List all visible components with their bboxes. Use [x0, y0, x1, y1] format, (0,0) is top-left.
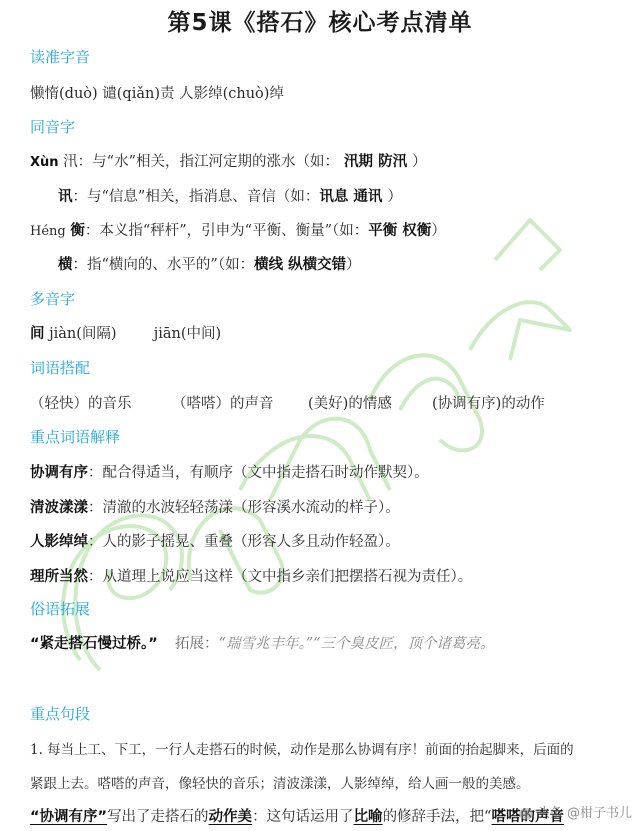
- key-word-item: 理所当然：从道理上说应当这样（文中指乡亲们把摆搭石视为责任）。: [30, 565, 472, 586]
- key-word-item: 协调有序：配合得适当，有顺序（文中指走搭石时动作默契）。: [30, 461, 429, 482]
- close-paren: ）: [412, 154, 427, 170]
- homophone-char: 汛: [63, 154, 78, 170]
- homophone-desc: 本义指“秤杆”，引申为“平衡、衡量”（如：: [99, 223, 368, 239]
- key-word-term: 协调有序: [30, 465, 88, 481]
- separator: ：: [73, 257, 88, 273]
- pinyin: Xùn: [30, 155, 59, 170]
- collocation-item: (美好)的情感: [308, 392, 392, 413]
- homophone-desc: 与“信息”相关，指消息、音信（如：: [87, 189, 319, 205]
- pinyin: Héng: [30, 224, 66, 239]
- separator: ：: [88, 465, 103, 481]
- homophone-item: 讯：与“信息”相关，指消息、音信（如：讯息 通讯 ）: [58, 185, 402, 206]
- key-word-definition: 清澈的水波轻轻荡漾（形容溪水流动的样子）。: [103, 500, 400, 516]
- homophone-item: 横：指“横向的、水平的”（如：横线 纵横交错）: [58, 253, 361, 274]
- analysis-quote: “协调有序”: [30, 809, 107, 825]
- pronunciation-line: 懒惰(duò) 谴(qiǎn)责 人影绰(chuò)绰: [30, 82, 284, 103]
- section-heading-homophones: 同音字: [30, 116, 75, 137]
- key-word-item: 清波漾漾：清澈的水波轻轻荡漾（形容溪水流动的样子）。: [30, 496, 400, 517]
- passage-line: 紧跟上去。嗒嗒的声音，像轻快的音乐；清波漾漾，人影绰绰，给人画一般的美感。: [30, 772, 530, 792]
- key-word-definition: 配合得适当，有顺序（文中指走搭石时动作默契）。: [103, 465, 429, 481]
- proverb-line: “紧走搭石慢过桥。” 拓展：“瑞雪兆丰年。”“三个臭皮匠，顶个诸葛亮。: [30, 632, 495, 653]
- document-page: 第5课《搭石》核心考点清单 读准字音 懒惰(duò) 谴(qiǎn)责 人影绰(…: [0, 0, 640, 831]
- polyphone-reading: jiān(中间): [154, 326, 221, 342]
- key-word-term: 理所当然: [30, 569, 88, 585]
- wechat-logo-icon: [519, 808, 533, 820]
- homophone-char: 衡: [70, 223, 85, 239]
- homophone-examples: 横线 纵横交错: [254, 257, 346, 273]
- homophone-desc: 指“横向的、水平的”（如：: [87, 257, 254, 273]
- collocation-item: （嗒嗒）的声音: [172, 392, 274, 413]
- separator: ：: [88, 534, 103, 550]
- proverb-label: 拓展：: [175, 636, 219, 652]
- proverb-extensions: “瑞雪兆丰年。”“三个臭皮匠，顶个诸葛亮。: [219, 636, 495, 652]
- proverb-main: “紧走搭石慢过桥。”: [30, 636, 158, 652]
- separator: ：: [78, 154, 93, 170]
- analysis-emphasis: 比喻: [354, 809, 383, 825]
- analysis-text: 的修辞手法，把“: [383, 809, 492, 825]
- section-heading-polyphones: 多音字: [30, 288, 75, 309]
- analysis-emphasis: 动作美: [209, 809, 253, 825]
- homophone-desc: 与“水”相关，指江河定期的涨水（如：: [92, 154, 339, 170]
- corner-watermark: 头条 @柑子书儿: [519, 802, 632, 821]
- key-word-item: 人影绰绰：人的影子摇晃、重叠（形容人多且动作轻盈）。: [30, 530, 400, 551]
- section-heading-pronunciation: 读准字音: [30, 46, 90, 67]
- collocation-item: （轻快）的音乐: [30, 392, 132, 413]
- homophone-examples: 讯息 通讯: [319, 189, 387, 205]
- section-heading-proverbs: 俗语拓展: [30, 598, 90, 619]
- section-heading-key-passages: 重点句段: [30, 703, 90, 724]
- key-word-term: 清波漾漾: [30, 500, 88, 516]
- key-word-term: 人影绰绰: [30, 534, 88, 550]
- passage-analysis: “协调有序”写出了走搭石的动作美：这句话运用了比喻的修辞手法，把“嗒嗒的声音: [30, 805, 564, 826]
- separator: ：: [73, 189, 88, 205]
- homophone-examples: 平衡 权衡: [368, 223, 431, 239]
- separator: ：: [88, 500, 103, 516]
- passage-line: 1. 每当上工、下工，一行人走搭石的时候，动作是那么协调有序！前面的抬起脚来，后…: [30, 738, 574, 758]
- analysis-text: ：这句话运用了: [252, 809, 354, 825]
- homophone-item: Xùn 汛：与“水”相关，指江河定期的涨水（如： 汛期 防汛 ）: [30, 150, 427, 171]
- close-paren: ）: [431, 223, 446, 239]
- key-word-definition: 人的影子摇晃、重叠（形容人多且动作轻盈）。: [103, 534, 400, 550]
- homophone-char: 横: [58, 257, 73, 273]
- homophone-examples: 汛期 防汛: [339, 154, 412, 170]
- section-heading-collocations: 词语搭配: [30, 357, 90, 378]
- polyphone-reading: jiàn(间隔): [49, 326, 116, 342]
- corner-watermark-text: 头条 @柑子书儿: [537, 806, 632, 821]
- homophone-char: 讯: [58, 189, 73, 205]
- polyphone-line: 间 jiàn(间隔) jiān(中间): [30, 322, 221, 343]
- key-word-definition: 从道理上说应当这样（文中指乡亲们把摆搭石视为责任）。: [103, 569, 473, 585]
- analysis-text: 写出了走搭石的: [107, 809, 209, 825]
- page-title: 第5课《搭石》核心考点清单: [0, 4, 640, 37]
- separator: ：: [85, 223, 100, 239]
- close-paren: ）: [346, 257, 361, 273]
- collocation-item: (协调有序)的动作: [432, 392, 545, 413]
- section-heading-key-words: 重点词语解释: [30, 426, 120, 447]
- close-paren: ）: [387, 189, 402, 205]
- homophone-item: Héng 衡：本义指“秤杆”，引申为“平衡、衡量”（如：平衡 权衡）: [30, 219, 446, 240]
- polyphone-char: 间: [30, 326, 45, 342]
- separator: ：: [88, 569, 103, 585]
